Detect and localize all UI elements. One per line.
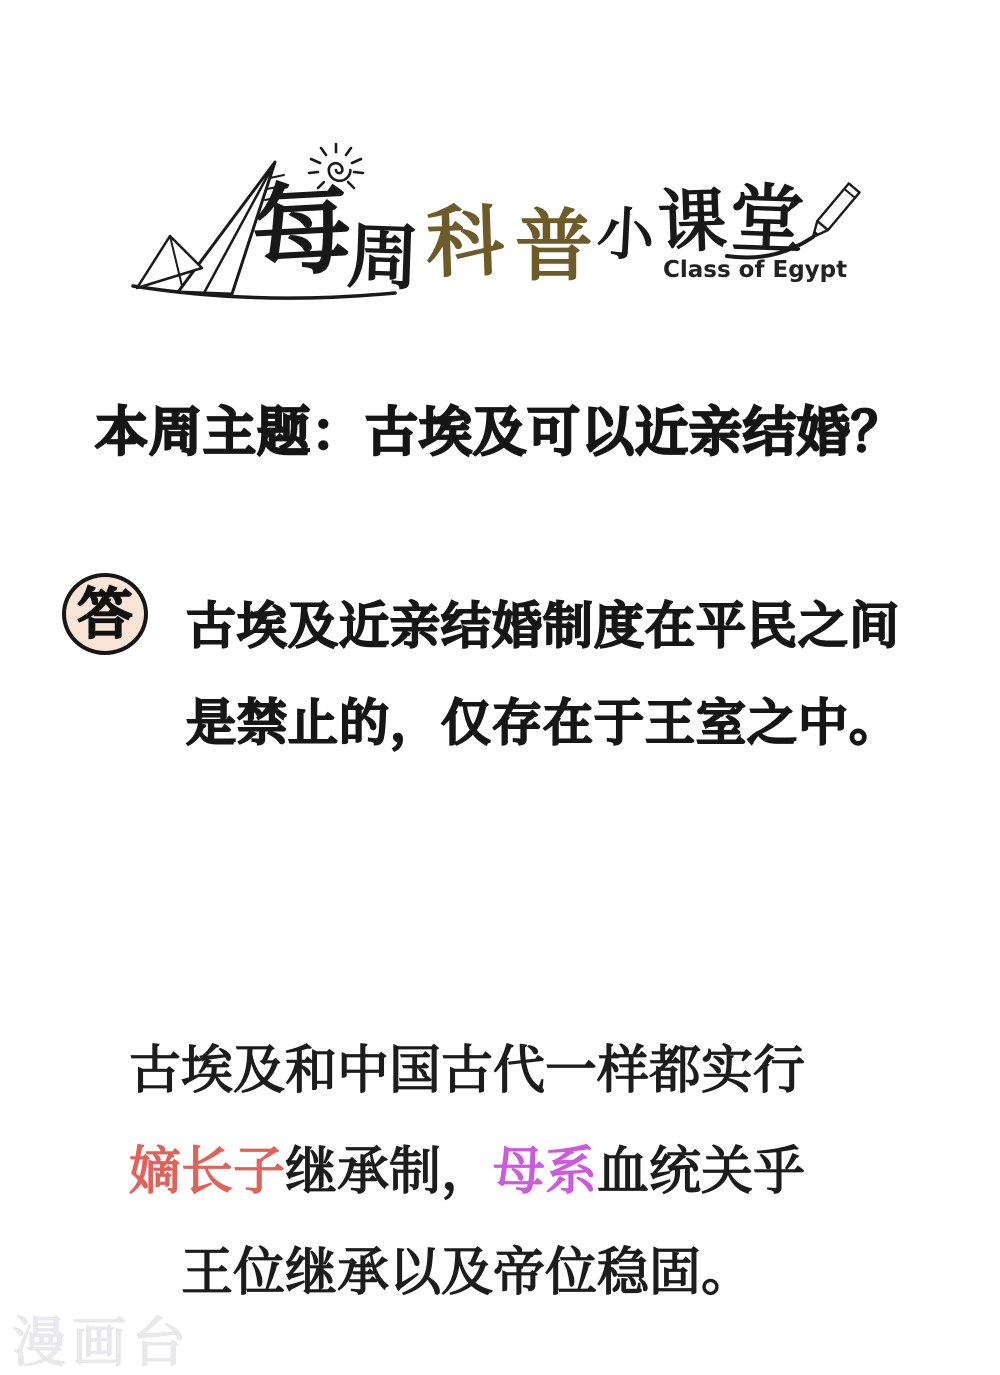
body-line2-text-a: 继承制， [285,1142,493,1202]
logo-char-ke: 科 [425,203,506,284]
body-line-1: 古埃及和中国古代一样都实行 [0,1021,934,1122]
logo-subtitle: Class of Egypt [663,257,847,283]
answer-text: 古埃及近亲结婚制度在平民之间 是禁止的，仅存在于王室之中。 [186,578,966,772]
body-line2-highlight-red: 嫡长子 [129,1142,285,1202]
logo-char-xiao: 小 [596,206,656,266]
comic-page: 每 周 科 普 小 课 堂 Class of Egypt 本周主题：古埃及可以近… [0,0,1000,1375]
logo-char-mei: 每 [249,178,354,283]
body-line2-text-b: 血统关乎 [597,1142,805,1202]
body-line2-highlight-magenta: 母系 [493,1142,597,1202]
logo-char-zhou: 周 [346,220,420,294]
logo-char-ke2: 课 [657,187,728,258]
answer-line-1: 古埃及近亲结婚制度在平民之间 [186,578,966,675]
body-paragraph: 古埃及和中国古代一样都实行 嫡长子继承制，母系血统关乎 王位继承以及帝位稳固。 [0,1021,934,1324]
answer-badge: 答 [62,573,148,655]
answer-badge-label: 答 [77,587,132,642]
answer-line-2: 是禁止的，仅存在于王室之中。 [186,675,966,772]
watermark: 漫画台 [12,1300,192,1375]
logo: 每 周 科 普 小 课 堂 Class of Egypt [0,0,1000,330]
topic-title: 本周主题：古埃及可以近亲结婚？ [0,390,1000,466]
pencil-icon [808,183,860,241]
logo-char-pu: 普 [515,208,593,286]
logo-char-tang: 堂 [729,182,806,259]
body-line-2: 嫡长子继承制，母系血统关乎 [0,1122,934,1223]
